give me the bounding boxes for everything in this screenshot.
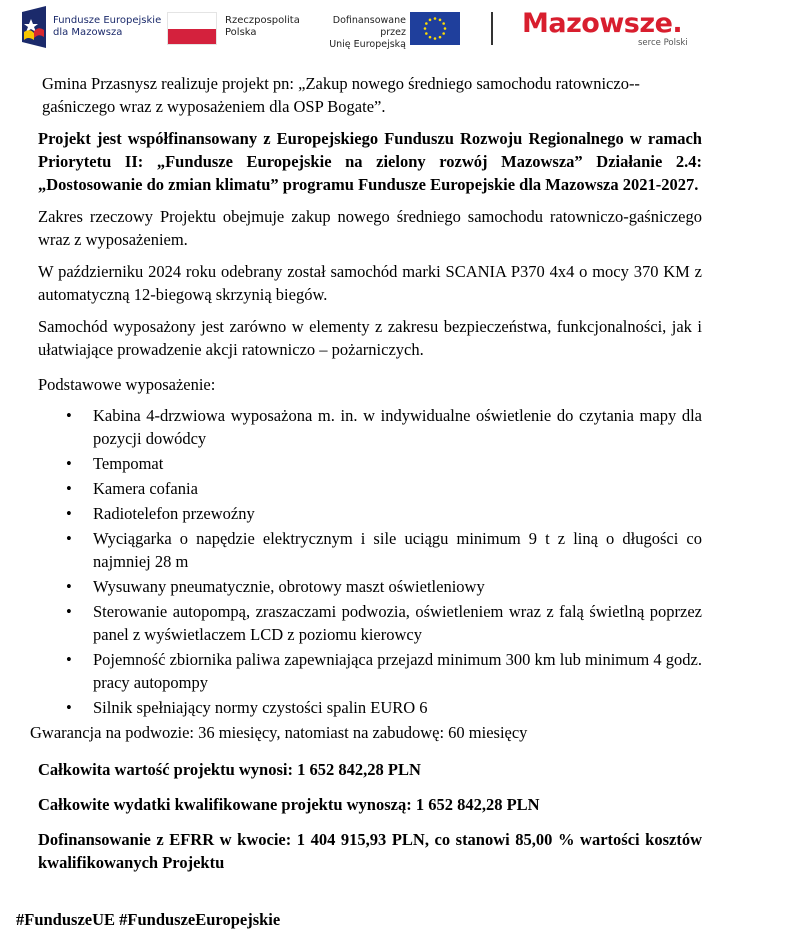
equipment-item-text: Kamera cofania xyxy=(93,479,198,498)
bullet-icon: • xyxy=(66,696,72,719)
bullet-icon: • xyxy=(66,404,72,427)
equipment-item-text: Wyciągarka o napędzie elektrycznym i sil… xyxy=(93,529,702,571)
pl-logo-text: Rzeczpospolita Polska xyxy=(225,15,300,39)
equipment-item: •Radiotelefon przewoźny xyxy=(93,502,702,525)
mazowsze-tagline: serce Polski xyxy=(638,38,688,48)
warranty-paragraph: Gwarancja na podwozie: 36 miesięcy, nato… xyxy=(30,721,702,744)
equipment-item-text: Tempomat xyxy=(93,454,163,473)
equipment-item: •Tempomat xyxy=(93,452,702,475)
logo-divider xyxy=(491,12,493,45)
equipment-item-text: Wysuwany pneumatycznie, obrotowy maszt o… xyxy=(93,577,485,596)
equipment-item: •Wyciągarka o napędzie elektrycznym i si… xyxy=(93,527,702,573)
equipment-item-text: Pojemność zbiornika paliwa zapewniająca … xyxy=(93,650,702,692)
bullet-icon: • xyxy=(66,575,72,598)
efrr-funding: Dofinansowanie z EFRR w kwocie: 1 404 91… xyxy=(38,828,702,874)
document-body: Gmina Przasnysz realizuje projekt pn: „Z… xyxy=(38,72,702,886)
equipment-item-text: Silnik spełniający normy czystości spali… xyxy=(93,698,428,717)
equipment-item-text: Kabina 4-drzwiowa wyposażona m. in. w in… xyxy=(93,406,702,448)
delivery-paragraph: W październiku 2024 roku odebrany został… xyxy=(38,260,702,306)
fundusze-europejskie-logo-icon xyxy=(22,6,46,48)
eu-flag-icon xyxy=(410,12,460,45)
cofinancing-paragraph: Projekt jest współfinansowany z Europejs… xyxy=(38,127,702,196)
equipped-paragraph: Samochód wyposażony jest zarówno w eleme… xyxy=(38,315,702,361)
logo-bar: Fundusze Europejskie dla Mazowsza Rzeczp… xyxy=(0,0,800,58)
pl-line1: Rzeczpospolita xyxy=(225,15,300,27)
equipment-item: •Pojemność zbiornika paliwa zapewniająca… xyxy=(93,648,702,694)
polish-flag-icon xyxy=(167,12,217,45)
mazowsze-logo: Mazowsze. xyxy=(522,8,682,39)
equipment-heading: Podstawowe wyposażenie: xyxy=(38,373,702,396)
pl-line2: Polska xyxy=(225,27,300,39)
fe-line2: dla Mazowsza xyxy=(53,27,161,39)
equipment-item: •Kamera cofania xyxy=(93,477,702,500)
bullet-icon: • xyxy=(66,527,72,550)
fe-line1: Fundusze Europejskie xyxy=(53,15,161,27)
eu-line2: Unię Europejską xyxy=(310,39,406,51)
total-value: Całkowita wartość projektu wynosi: 1 652… xyxy=(38,758,702,781)
eu-line1: Dofinansowane przez xyxy=(310,15,406,39)
bullet-icon: • xyxy=(66,648,72,671)
scope-paragraph: Zakres rzeczowy Projektu obejmuje zakup … xyxy=(38,205,702,251)
fe-logo-text: Fundusze Europejskie dla Mazowsza xyxy=(53,15,161,39)
intro-paragraph: Gmina Przasnysz realizuje projekt pn: „Z… xyxy=(38,72,702,118)
equipment-item-text: Radiotelefon przewoźny xyxy=(93,504,255,523)
equipment-item: •Silnik spełniający normy czystości spal… xyxy=(93,696,702,719)
bullet-icon: • xyxy=(66,600,72,623)
equipment-item: •Wysuwany pneumatycznie, obrotowy maszt … xyxy=(93,575,702,598)
eu-logo-text: Dofinansowane przez Unię Europejską xyxy=(310,15,406,51)
equipment-item: •Kabina 4-drzwiowa wyposażona m. in. w i… xyxy=(93,404,702,450)
bullet-icon: • xyxy=(66,502,72,525)
bullet-icon: • xyxy=(66,477,72,500)
bullet-icon: • xyxy=(66,452,72,475)
hashtags: #FunduszeUE #FunduszeEuropejskie xyxy=(16,910,280,930)
equipment-item: •Sterowanie autopompą, zraszaczami podwo… xyxy=(93,600,702,646)
equipment-item-text: Sterowanie autopompą, zraszaczami podwoz… xyxy=(93,602,702,644)
eligible-costs: Całkowite wydatki kwalifikowane projektu… xyxy=(38,793,702,816)
equipment-list: •Kabina 4-drzwiowa wyposażona m. in. w i… xyxy=(38,404,702,719)
